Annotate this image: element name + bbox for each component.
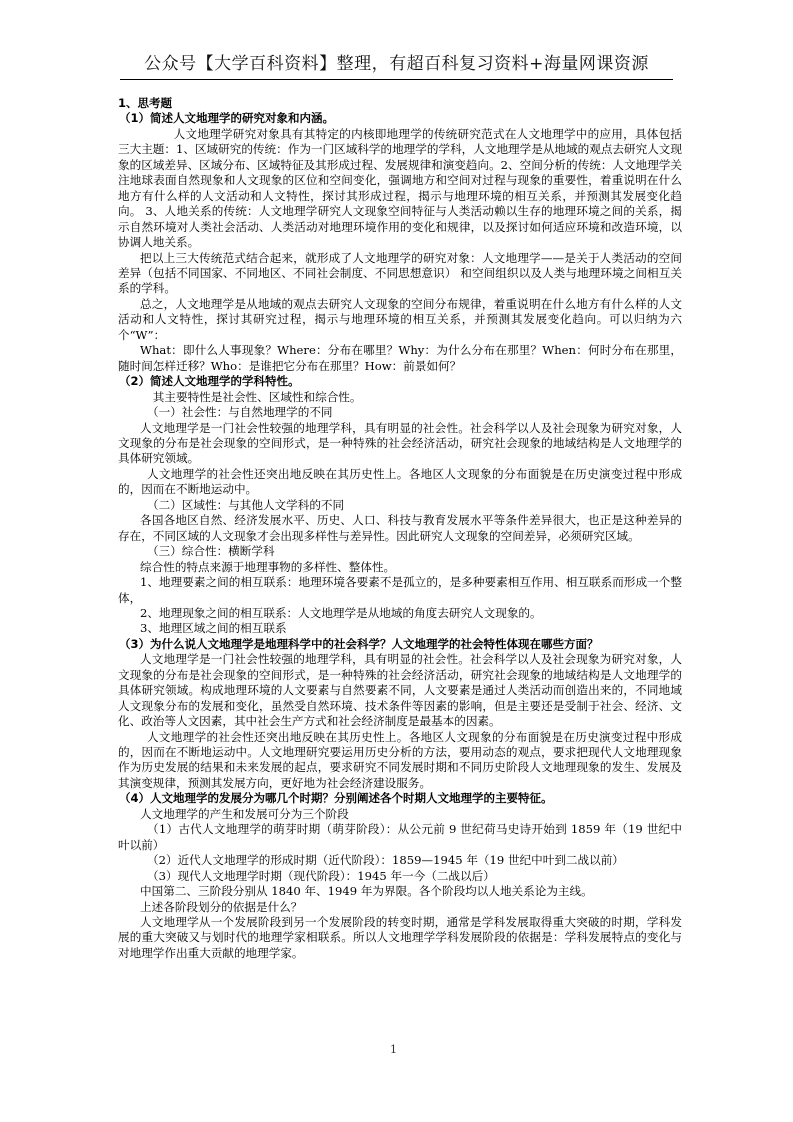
paragraph: 人文地理学研究对象具有其特定的内核即地理学的传统研究范式在人文地理学中的应用，具… (118, 127, 682, 251)
paragraph: 综合性的特点来源于地理事物的多样性、整体性。 (118, 560, 682, 575)
document-body: 1、思考题 （1）简述人文地理学的研究对象和内涵。 人文地理学研究对象具有其特定… (118, 96, 682, 961)
paragraph: 其主要特性是社会性、区域性和综合性。 (118, 390, 682, 405)
question-4-title: （4）人文地理学的发展分为哪几个时期？分别阐述各个时期人文地理学的主要特征。 (119, 791, 682, 806)
paragraph: What：即什么人事现象？Where：分布在哪里？Why：为什么分布在那里？Wh… (118, 343, 682, 374)
list-item: 1、地理要素之间的相互联系：地理环境各要素不是孤立的，是多种要素相互作用、相互联… (118, 575, 682, 606)
question-3-title: （3）为什么说人文地理学是地理科学中的社会科学？人文地理学的社会特性体现在哪些方… (119, 637, 682, 652)
header-rule (120, 79, 673, 80)
page-header: 公众号【大学百科资料】整理，有超百科复习资料+海量网课资源 (120, 53, 673, 75)
list-item: 3、地理区域之间的相互联系 (118, 621, 682, 636)
paragraph: 人文地理学是一门社会性较强的地理学科，具有明显的社会性。社会科学以人及社会现象为… (118, 421, 682, 467)
paragraph: 人文地理学的社会性还突出地反映在其历史性上。各地区人文现象的分布面貌是在历史演变… (118, 730, 682, 792)
paragraph: 中国第二、三阶段分别从 1840 年、1949 年为界限。各个阶段均以人地关系论… (118, 884, 682, 899)
paragraph: 总之，人文地理学是从地域的观点去研究人文现象的空间分布规律，着重说明在什么地方有… (118, 297, 682, 343)
paragraph: 把以上三大传统范式结合起来，就形成了人文地理学的研究对象：人文地理学——是关于人… (118, 251, 682, 297)
paragraph: 人文地理学的产生和发展可分为三个阶段 (118, 807, 682, 822)
list-item: （1）古代人文地理学的萌芽时期（萌芽阶段）：从公元前 9 世纪荷马史诗开始到 1… (118, 822, 682, 853)
page-number: 1 (390, 1043, 397, 1056)
question-1-title: （1）简述人文地理学的研究对象和内涵。 (119, 111, 682, 126)
question-2-title: （2）简述人文地理学的学科特性。 (119, 374, 682, 389)
list-item: （3）现代人文地理学时期（现代阶段）：1945 年一今（二战以后） (118, 869, 682, 884)
paragraph: 人文地理学是一门社会性较强的地理学科，具有明显的社会性。社会科学以人及社会现象为… (118, 652, 682, 729)
list-item: 2、地理现象之间的相互联系：人文地理学是从地域的角度去研究人文现象的。 (118, 606, 682, 621)
paragraph: 人文地理学从一个发展阶段到另一个发展阶段的转变时期，通常是学科发展取得重大突破的… (118, 915, 682, 961)
section-title: 1、思考题 (118, 96, 682, 111)
paragraph: 各国各地区自然、经济发展水平、历史、人口、科技与教育发展水平等条件差异很大，也正… (118, 513, 682, 544)
subheading: （二）区域性：与其他人文学科的不同 (118, 498, 682, 513)
paragraph: 上述各阶段划分的依据是什么？ (118, 900, 682, 915)
list-item: （2）近代人文地理学的形成时期（近代阶段）：1859—1945 年（19 世纪中… (118, 853, 682, 868)
paragraph: 人文地理学的社会性还突出地反映在其历史性上。各地区人文现象的分布面貌是在历史演变… (118, 467, 682, 498)
subheading: （三）综合性：横断学科 (118, 544, 682, 559)
subheading: （一）社会性：与自然地理学的不同 (118, 405, 682, 420)
